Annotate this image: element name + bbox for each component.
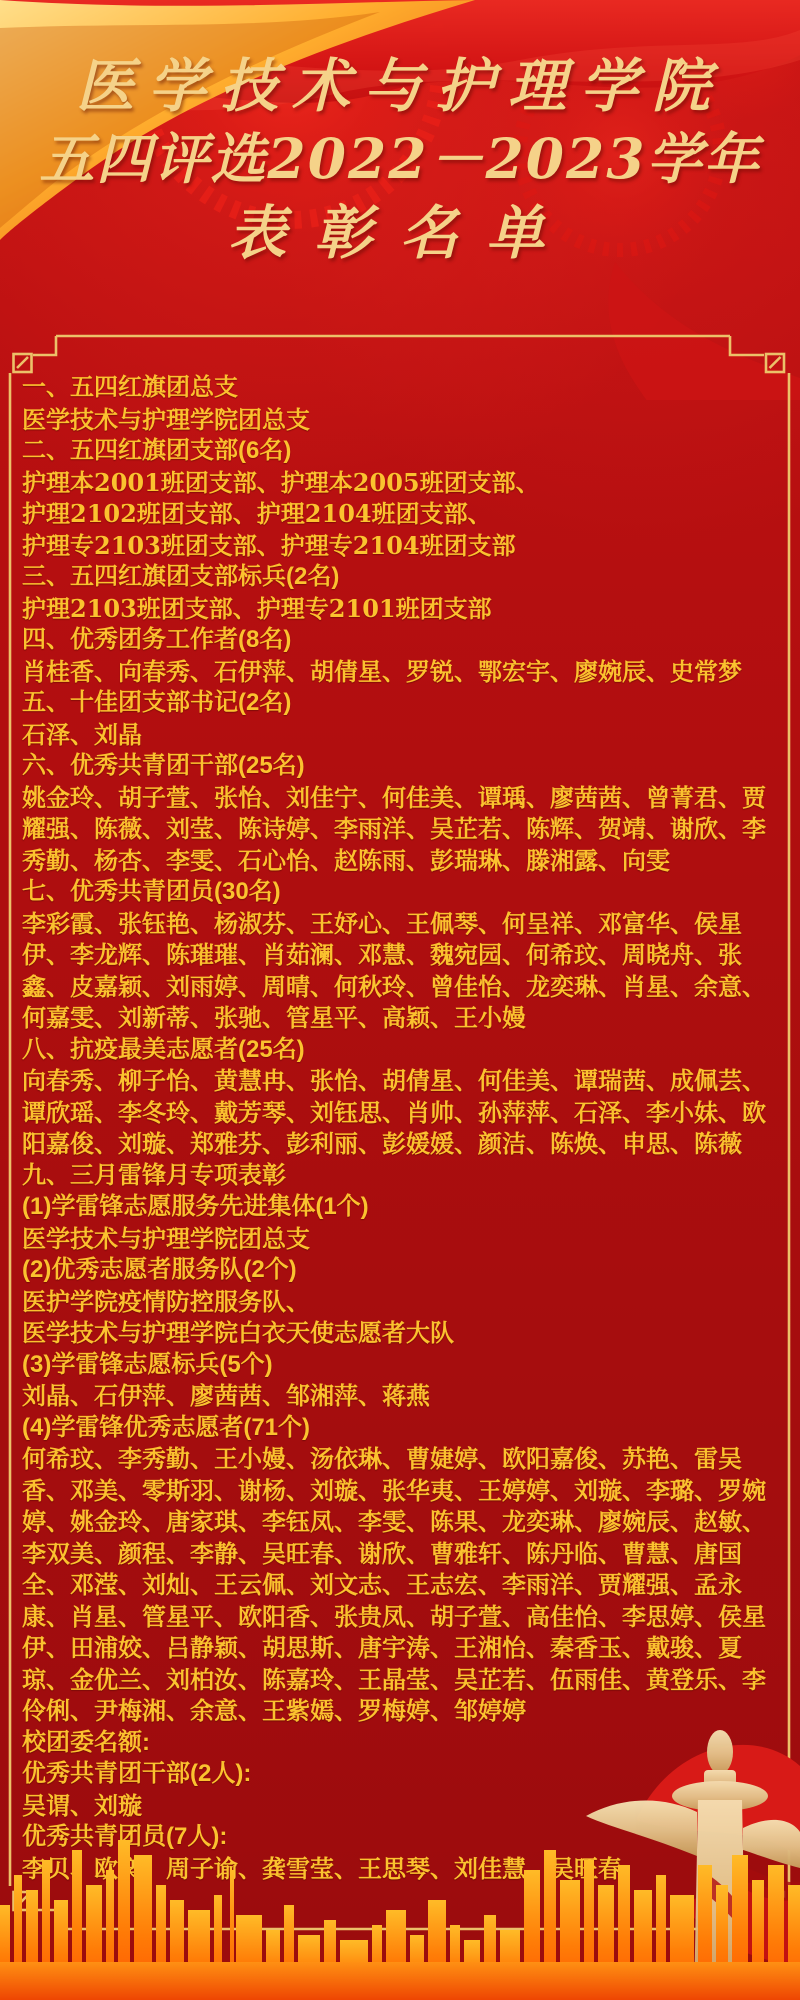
section-heading: 一、五四红旗团总支 bbox=[22, 372, 774, 404]
bottom-orange-band bbox=[0, 1962, 800, 2000]
section-heading: (3)学雷锋志愿标兵(5个) bbox=[22, 1349, 774, 1381]
section-line: 向春秀、柳子怡、黄慧冉、张怡、胡倩星、何佳美、谭瑞茜、成佩芸、谭欣瑶、李冬玲、戴… bbox=[22, 1065, 774, 1160]
bottom-decoration bbox=[0, 1700, 800, 2000]
section-line: 护理专2103班团支部、护理专2104班团支部 bbox=[22, 530, 774, 562]
section-line: 肖桂香、向春秀、石伊萍、胡倩星、罗锐、鄂宏宇、廖婉辰、史常梦 bbox=[22, 656, 774, 688]
section-line: 姚金玲、胡子萱、张怡、刘佳宁、何佳美、谭瑀、廖茜茜、曾菁君、贾耀强、陈薇、刘莹、… bbox=[22, 782, 774, 877]
section-line: 何希玟、李秀勤、王小嫚、汤依琳、曹婕婷、欧阳嘉俊、苏艳、雷吴香、邓美、零斯羽、谢… bbox=[22, 1443, 774, 1727]
section-line: 护理本2001班团支部、护理本2005班团支部、 bbox=[22, 467, 774, 499]
section-heading: 五、十佳团支部书记(2名) bbox=[22, 687, 774, 719]
section-line: 医护学院疫情防控服务队、 bbox=[22, 1286, 774, 1318]
roster: 一、五四红旗团总支医学技术与护理学院团总支二、五四红旗团支部(6名)护理本200… bbox=[22, 372, 774, 1884]
section-heading: 三、五四红旗团支部标兵(2名) bbox=[22, 561, 774, 593]
section-heading: 九、三月雷锋月专项表彰 bbox=[22, 1160, 774, 1192]
section-line: 李彩霞、张钰艳、杨淑芬、王妤心、王佩琴、何呈祥、邓富华、侯星伊、李龙辉、陈璀璀、… bbox=[22, 908, 774, 1034]
section-heading: 六、优秀共青团干部(25名) bbox=[22, 750, 774, 782]
section-heading: 四、优秀团务工作者(8名) bbox=[22, 624, 774, 656]
section-line: 护理2102班团支部、护理2104班团支部、 bbox=[22, 498, 774, 530]
section-heading: 七、优秀共青团员(30名) bbox=[22, 876, 774, 908]
section-line: 石泽、刘晶 bbox=[22, 719, 774, 751]
section-heading: (2)优秀志愿者服务队(2个) bbox=[22, 1254, 774, 1286]
section-line: 医学技术与护理学院团总支 bbox=[22, 1223, 774, 1255]
section-heading: (4)学雷锋优秀志愿者(71个) bbox=[22, 1412, 774, 1444]
section-heading: 二、五四红旗团支部(6名) bbox=[22, 435, 774, 467]
section-line: 刘晶、石伊萍、廖茜茜、邹湘萍、蒋燕 bbox=[22, 1380, 774, 1412]
section-heading: 八、抗疫最美志愿者(25名) bbox=[22, 1034, 774, 1066]
poster: 医学技术与护理学院 五四评选2022－2023学年 表彰名单 一、五四红旗团总支… bbox=[0, 0, 800, 2000]
section-heading: (1)学雷锋志愿服务先进集体(1个) bbox=[22, 1191, 774, 1223]
section-line: 护理2103班团支部、护理专2101班团支部 bbox=[22, 593, 774, 625]
section-line: 医学技术与护理学院团总支 bbox=[22, 404, 774, 436]
section-line: 医学技术与护理学院白衣天使志愿者大队 bbox=[22, 1317, 774, 1349]
